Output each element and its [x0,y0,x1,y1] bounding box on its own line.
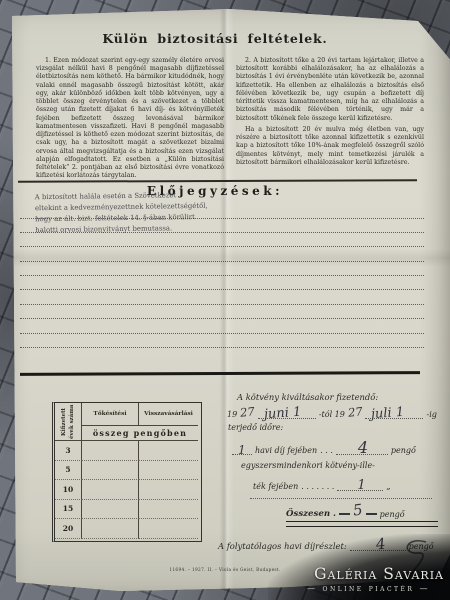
date-mid-label: -tól 19 [319,410,345,419]
ruled-line [20,303,424,305]
handwritten-date-to: juli 1 [371,405,405,422]
surrender-value-table: Kifizetett évek száma Tőkésítési Visszav… [52,402,202,542]
conditions-column-left: 1. Ezen módozat szerint egy-egy személy … [36,57,224,184]
monthly-label: havi díj fejében [255,446,317,455]
table-year-cell: 20 [55,519,82,539]
handwritten-total: 5 [352,500,364,519]
payment-intro: A kötvény kiváltásakor fizetendő: [237,392,378,402]
date-end-label: -ig [426,410,436,419]
condition-paragraph-3: Ha a biztosított 20 év mulva még életben… [236,126,424,167]
date-to-field: juli 1 [365,408,423,419]
page-title: Külön biztositási feltételek. [0,31,430,46]
conditions-columns: 1. Ezen módozat szerint egy-egy személy … [36,57,424,184]
handwritten-fee-amount: 1 [357,478,365,493]
continuous-label: A folytatólagos havi díjrészlet: [218,541,347,551]
table-rotated-header: Kifizetett évek száma [60,403,76,440]
monthly-fee-line: 1 havi díj fejében . . . 4 pengő [232,440,416,455]
ruled-line [20,332,424,334]
ruled-line [20,288,424,290]
condition-paragraph-1: 1. Ezen módozat szerint egy-egy személy … [36,57,224,181]
handwritten-date-from: juni 1 [263,405,301,423]
table-empty-cell [82,500,139,520]
stamp-line: halotti orvosi bizonyitványt bemutassa. [35,223,210,236]
fee-amount-field: 1 [337,480,383,491]
table-year-cell: 15 [55,500,82,520]
table-rotated-header-cell: Kifizetett évek száma [55,403,82,441]
period-label: terjedő időre: [228,423,283,432]
table-year-cell: 3 [55,441,82,461]
ruled-line [20,231,424,233]
payment-date-line: 19 27 juni 1 -tól 19 27 juli 1 -ig [227,402,437,419]
table-empty-cell [82,480,139,500]
fee-label-line1: egyszersmindenkori kötvény-ille- [241,461,375,470]
fee-line2: ték fejében . . . . . . . 1 „ [253,477,390,491]
handwritten-flourish [372,534,434,600]
handwritten-dash [339,513,350,515]
ruled-line [20,260,424,262]
table-col1-header: Tőkésítési [82,403,139,426]
ruled-line [20,217,424,219]
handwritten-dash [366,513,377,515]
dot-leaders: . . . [320,446,333,455]
year-prefix: 19 [227,410,237,419]
printer-imprint: 11694. – 1927. II. – Viola és Geist, Bud… [115,568,335,573]
table-empty-cell [139,500,198,520]
total-double-underline [286,521,438,527]
date-from-field: juni 1 [258,408,316,419]
thick-divider [20,371,420,376]
ditto-mark: „ [386,482,390,491]
months-field: 1 [232,444,252,455]
dot-leaders: . . . . . . . [301,482,334,491]
conditions-column-right: 2. A biztosított tőke a 20 évi tartam le… [236,57,424,184]
table-empty-cell [139,461,198,481]
document-page: Külön biztositási feltételek. 1. Ezen mó… [0,0,450,600]
handwritten-monthly-amount: 4 [358,438,368,457]
handwritten-year-to: 27 [347,404,363,419]
handwritten-year-from: 27 [239,404,255,419]
table-empty-cell [82,461,139,481]
table-empty-cell [139,441,198,461]
fee-label-line2: ték fejében [253,482,298,491]
ruled-line [250,497,432,499]
table-empty-cell [82,519,139,539]
ruled-line [20,346,424,348]
ruled-line [20,245,424,247]
monthly-amount-field: 4 [336,444,388,455]
table-empty-cell [82,441,139,461]
table-subheader: összeg pengőben [82,426,198,441]
table-year-cell: 5 [55,461,82,481]
pengo-label: pengő [380,510,405,519]
total-label: Összesen . [286,509,336,519]
table-year-cell: 10 [55,480,82,500]
pengo-label: pengő [391,446,416,455]
table-col2-header: Visszavásárlási [139,403,198,426]
ruled-line [20,274,424,276]
handwritten-months: 1 [238,443,246,457]
rubber-stamp-text: A biztosított halála esetén a Szövetkeze… [35,190,211,237]
ruled-line [20,317,424,319]
total-line: Összesen . 5 pengő [286,503,405,519]
table-empty-cell [139,480,198,500]
table-empty-cell [139,519,198,539]
condition-paragraph-2: 2. A biztosított tőke a 20 évi tartam le… [236,57,424,123]
